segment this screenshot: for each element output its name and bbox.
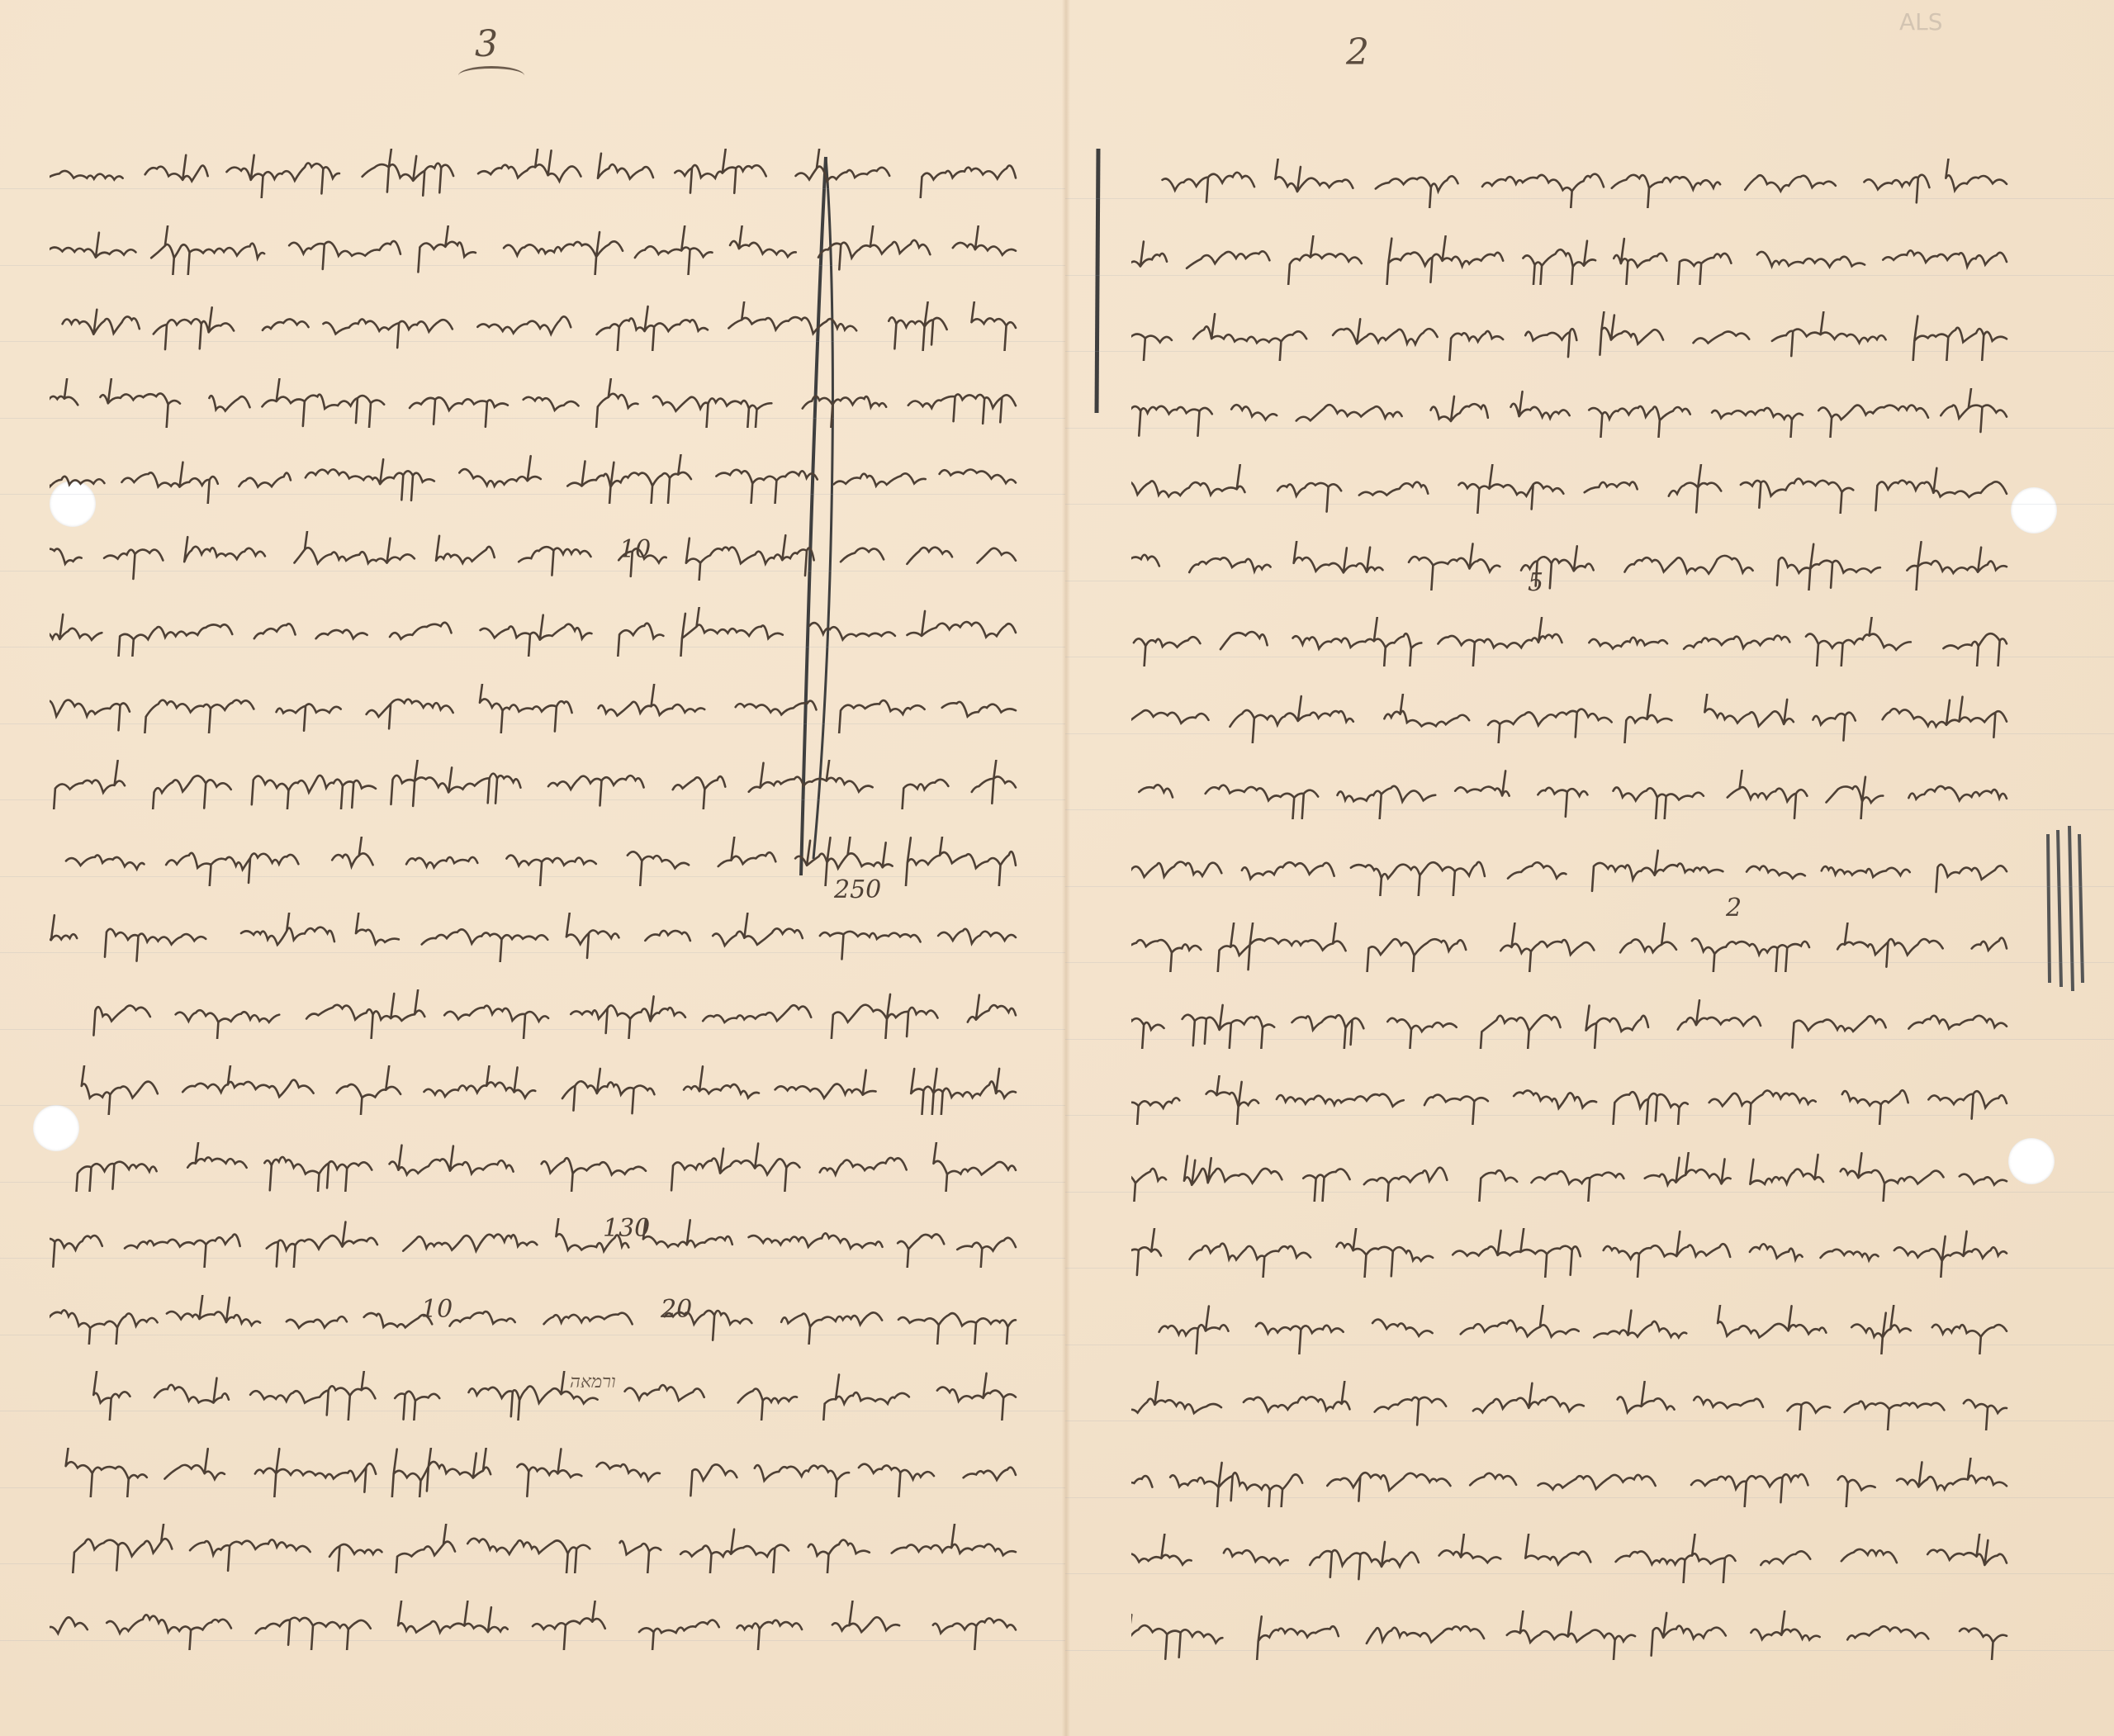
handwritten-line — [50, 1218, 1024, 1268]
handwritten-line — [50, 760, 1024, 809]
handwritten-line — [1131, 235, 2015, 285]
handwritten-line — [50, 225, 1024, 275]
handwritten-line — [1131, 770, 2015, 819]
handwritten-line — [50, 684, 1024, 733]
page-number: 3 — [475, 23, 498, 65]
handwritten-line — [50, 531, 1024, 581]
handwritten-line — [1131, 617, 2015, 666]
handwritten-line — [1131, 541, 2015, 591]
handwritten-line — [50, 989, 1024, 1039]
page-number-underline — [458, 66, 524, 85]
handwritten-line — [1131, 388, 2015, 438]
handwritten-line — [1131, 1381, 2015, 1430]
page-number: 2 — [1346, 31, 1369, 74]
handwritten-line — [1131, 1534, 2015, 1583]
letter-scan: 3 10 250 130 20 10 ורמאה ALS 2 — [0, 0, 2114, 1736]
pencil-margin-mark — [2040, 826, 2089, 991]
handwritten-line — [1131, 159, 2015, 208]
handwritten-line — [50, 1601, 1024, 1650]
handwritten-line — [1131, 1075, 2015, 1125]
punch-hole — [2008, 1138, 2055, 1184]
handwritten-line — [1131, 464, 2015, 514]
handwritten-line — [50, 1524, 1024, 1573]
handwritten-line — [50, 454, 1024, 504]
handwritten-line — [1131, 1610, 2015, 1660]
handwritten-line — [50, 1295, 1024, 1345]
page-left: 3 10 250 130 20 10 ורמאה — [0, 0, 1065, 1736]
handwritten-line — [1131, 1305, 2015, 1354]
handwritten-line — [50, 1065, 1024, 1115]
handwritten-line — [50, 1371, 1024, 1421]
pencil-bracket-mark — [1082, 149, 1115, 413]
handwritten-line — [50, 607, 1024, 657]
number-note: 2 — [1726, 894, 1742, 923]
handwritten-line — [50, 378, 1024, 428]
handwritten-line — [50, 837, 1024, 886]
handwritten-line — [1131, 923, 2015, 972]
handwritten-line — [50, 301, 1024, 351]
handwritten-line — [50, 913, 1024, 962]
handwritten-line — [1131, 1152, 2015, 1202]
handwritten-line — [50, 1448, 1024, 1497]
handwritten-line — [1131, 311, 2015, 361]
handwritten-line — [50, 149, 1024, 198]
handwritten-line — [1131, 1228, 2015, 1278]
page-right: ALS 2 5 2 — [1065, 0, 2114, 1736]
handwritten-line — [1131, 694, 2015, 743]
handwritten-line — [1131, 999, 2015, 1049]
ghost-stamp: ALS — [1899, 8, 1943, 36]
punch-hole — [2011, 487, 2057, 534]
handwritten-line — [1131, 1458, 2015, 1507]
handwritten-line — [50, 1142, 1024, 1192]
handwritten-line — [1131, 847, 2015, 896]
